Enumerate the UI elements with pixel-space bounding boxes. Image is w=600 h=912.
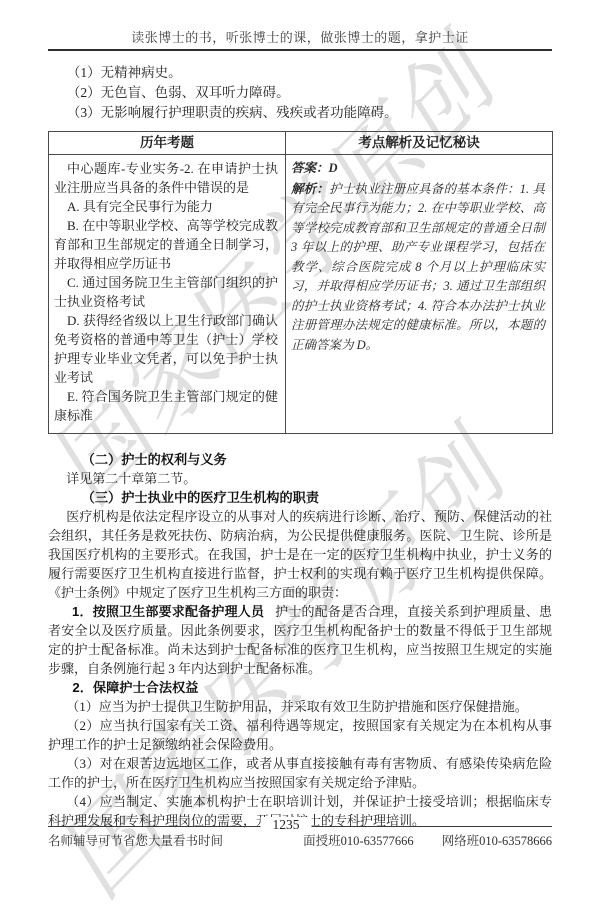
duty-2-sub-item: （1）应当为护士提供卫生防护用品，并采取有效卫生防护措施和医疗保健措施。 xyxy=(48,697,552,716)
answer-line: 答案：D xyxy=(291,159,545,179)
page-header-slogan: 读张博士的书，听张博士的课，做张博士的题，拿护士证 xyxy=(48,0,552,51)
option-a: A. 具有完全民事行为能力 xyxy=(54,197,278,216)
body-sections: （二）护士的权利与义务 详见第二十章第二节。 （三）护士执业中的医疗卫生机构的职… xyxy=(48,450,552,830)
option-c: C. 通过国务院卫生主管部门组织的护士执业资格考试 xyxy=(54,273,278,311)
duty-2-heading: 2．保障护士合法权益 xyxy=(48,678,552,697)
explanation-label: 解析： xyxy=(291,182,329,196)
column-header-analysis: 考点解析及记忆秘诀 xyxy=(286,132,553,155)
footer-tagline: 名师辅导可节省您大量看书时间 xyxy=(48,831,303,849)
analysis-cell: 答案：D 解析：护士执业注册应具备的基本条件：1. 具有完全民事行为能力；2. … xyxy=(286,155,553,434)
option-b: B. 在中等职业学校、高等学校完成教育部和卫生部规定的普通全日制学习，并取得相应… xyxy=(54,216,278,273)
section-heading-3: （三）护士执业中的医疗卫生机构的职责 xyxy=(48,488,552,507)
page-footer: 1235 名师辅导可节省您大量看书时间 面授班010-63577666 网络班0… xyxy=(48,826,552,849)
table-header-row: 历年考题 考点解析及记忆秘诀 xyxy=(49,132,553,155)
intro-condition-list: （1）无精神病史。 （2）无色盲、色弱、双耳听力障碍。 （3）无影响履行护理职责… xyxy=(48,63,552,123)
option-d: D. 获得经省级以上卫生行政部门确认免考资格的普通中等卫生（护士）学校护理专业毕… xyxy=(54,311,278,387)
footer-phone-online: 网络班010-63578666 xyxy=(442,831,552,849)
question-stem: 中心题库-专业实务-2. 在申请护士执业注册应当具备的条件中错误的是 xyxy=(54,159,278,197)
explanation-paragraph: 解析：护士执业注册应具备的基本条件：1. 具有完全民事行为能力；2. 在中等职业… xyxy=(291,180,545,356)
explanation-text: 护士执业注册应具备的基本条件：1. 具有完全民事行为能力；2. 在中等职业学校、… xyxy=(291,182,545,352)
duty-1-heading: 1．按照卫生部要求配备护理人员 xyxy=(72,604,264,619)
duty-1-paragraph: 1．按照卫生部要求配备护理人员护士的配备是否合理，直接关系到护理质量、患者安全以… xyxy=(48,602,552,678)
column-header-past-questions: 历年考题 xyxy=(49,132,286,155)
duty-2-sub-item: （3）对在艰苦边远地区工作，或者从事直接接触有毒有害物质、有感染传染病危险工作的… xyxy=(48,754,552,792)
option-e: E. 符合国务院卫生主管部门规定的健康标准 xyxy=(54,387,278,425)
document-page: 国家医学原创 国家医学原创 读张博士的书，听张博士的课，做张博士的题，拿护士证 … xyxy=(0,0,600,912)
section-heading-2: （二）护士的权利与义务 xyxy=(48,450,552,469)
section-3-intro-paragraph: 医疗机构是依法定程序设立的从事对人的疾病进行诊断、治疗、预防、保健活动的社会组织… xyxy=(48,507,552,602)
list-item: （3）无影响履行护理职责的疾病、残疾或者功能障碍。 xyxy=(48,103,552,123)
duty-2-sub-item: （2）应当执行国家有关工资、福利待遇等规定，按照国家有关规定为在本机构从事护理工… xyxy=(48,716,552,754)
list-item: （1）无精神病史。 xyxy=(48,63,552,83)
question-cell: 中心题库-专业实务-2. 在申请护士执业注册应当具备的条件中错误的是 A. 具有… xyxy=(49,155,286,434)
table-row: 中心题库-专业实务-2. 在申请护士执业注册应当具备的条件中错误的是 A. 具有… xyxy=(49,155,553,434)
list-item: （2）无色盲、色弱、双耳听力障碍。 xyxy=(48,83,552,103)
footer-phone-onsite: 面授班010-63577666 xyxy=(303,831,413,849)
section-2-note: 详见第二十章第二节。 xyxy=(48,469,552,488)
exam-question-table: 历年考题 考点解析及记忆秘诀 中心题库-专业实务-2. 在申请护士执业注册应当具… xyxy=(48,131,553,434)
page-number: 1235 xyxy=(261,817,312,833)
page-content: 读张博士的书，听张博士的课，做张博士的题，拿护士证 （1）无精神病史。 （2）无… xyxy=(0,0,600,830)
